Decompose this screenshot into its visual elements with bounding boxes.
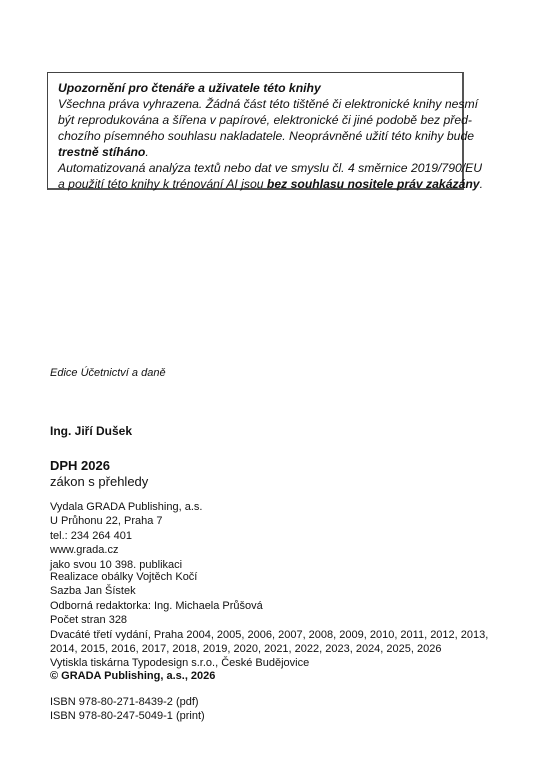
credit-line: Sazba Jan Šístek [50,584,488,598]
credit-line: Odborná redaktorka: Ing. Michaela Průšov… [50,599,488,613]
publisher-line: Vydala GRADA Publishing, a.s. [50,500,202,514]
credit-line: Realizace obálky Vojtěch Kočí [50,570,488,584]
publisher-phone: tel.: 234 264 401 [50,529,202,543]
notice-ai-line: a použití této knihy k trénování AI jsou… [58,176,452,192]
notice-title: Upozornění pro čtenáře a uživatele této … [58,80,452,96]
notice-ai-line: Automatizovaná analýza textů nebo dat ve… [58,160,452,176]
author-name: Ing. Jiří Dušek [50,424,132,438]
notice-line: být reprodukována a šířena v papírové, e… [58,112,452,128]
credits: Realizace obálky Vojtěch Kočí Sazba Jan … [50,570,488,671]
notice-ai-bold: bez souhlasu nositele práv zakázány [267,177,480,191]
notice-bold-phrase: trestně stíháno [58,145,145,159]
publisher-info: Vydala GRADA Publishing, a.s. U Průhonu … [50,500,202,572]
publisher-address: U Průhonu 22, Praha 7 [50,514,202,528]
edition-series: Edice Účetnictví a daně [50,367,166,379]
isbn-print: ISBN 978-80-247-5049-1 (print) [50,709,205,723]
copyright-line: © GRADA Publishing, a.s., 2026 [50,670,215,682]
edition-line: 2014, 2015, 2016, 2017, 2018, 2019, 2020… [50,642,488,656]
page-count: Počet stran 328 [50,613,488,627]
publisher-website: www.grada.cz [50,543,202,557]
printer-line: Vytiskla tiskárna Typodesign s.r.o., Čes… [50,656,488,670]
isbn-block: ISBN 978-80-271-8439-2 (pdf) ISBN 978-80… [50,695,205,724]
book-subtitle: zákon s přehledy [50,474,148,489]
notice-line: chozího písemného souhlasu nakladatele. … [58,128,452,144]
isbn-pdf: ISBN 978-80-271-8439-2 (pdf) [50,695,205,709]
copyright-notice-box: Upozornění pro čtenáře a uživatele této … [47,72,464,190]
notice-line: trestně stíháno. [58,144,452,160]
notice-line: Všechna práva vyhrazena. Žádná část této… [58,96,452,112]
book-title: DPH 2026 [50,458,110,473]
edition-line: Dvacáté třetí vydání, Praha 2004, 2005, … [50,628,488,642]
